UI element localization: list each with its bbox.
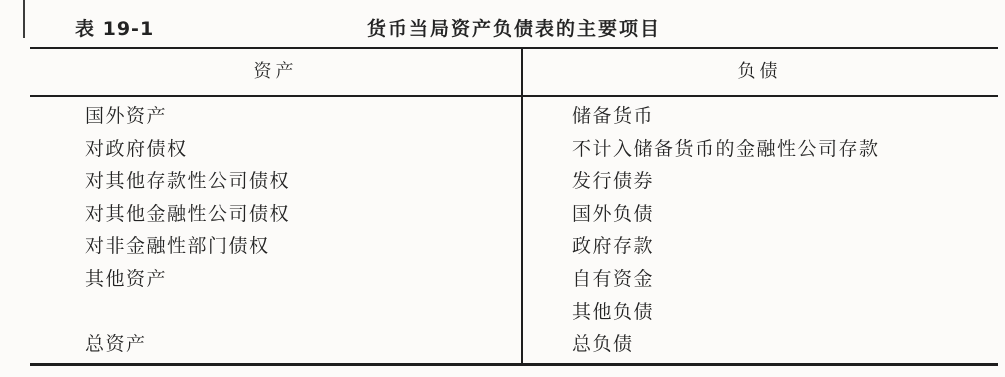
scanned-document-page: 表 19-1 货币当局资产负债表的主要项目 资产 负债 国外资产 储备货币 对政…: [0, 0, 1005, 377]
page-edge-scan-mark: [23, 0, 25, 38]
table-title: 货币当局资产负债表的主要项目: [30, 16, 998, 42]
table-row: 对非金融性部门债权 政府存款: [30, 230, 998, 263]
table-header-rule: [30, 95, 998, 97]
liability-item: 不计入储备货币的金融性公司存款: [521, 133, 998, 166]
liability-item: 其他负债: [521, 296, 998, 329]
table-bottom-rule: [30, 363, 998, 366]
asset-item: 国外资产: [30, 100, 521, 133]
table-body: 国外资产 储备货币 对政府债权 不计入储备货币的金融性公司存款 对其他存款性公司…: [30, 100, 998, 361]
asset-item-empty: [30, 296, 521, 329]
liability-item: 自有资金: [521, 263, 998, 296]
liability-item: 储备货币: [521, 100, 998, 133]
asset-item: 对其他存款性公司债权: [30, 165, 521, 198]
asset-item: 其他资产: [30, 263, 521, 296]
table-row: 对其他金融性公司债权 国外负债: [30, 198, 998, 231]
asset-item: 对政府债权: [30, 133, 521, 166]
table-row: 国外资产 储备货币: [30, 100, 998, 133]
liability-item: 发行债券: [521, 165, 998, 198]
table-row: 对政府债权 不计入储备货币的金融性公司存款: [30, 133, 998, 166]
table-row: 对其他存款性公司债权 发行债券: [30, 165, 998, 198]
asset-item: 对非金融性部门债权: [30, 230, 521, 263]
table-caption: 表 19-1 货币当局资产负债表的主要项目: [30, 16, 998, 42]
table-row: 总资产 总负债: [30, 328, 998, 361]
column-header-liabilities: 负债: [521, 49, 998, 95]
asset-item: 对其他金融性公司债权: [30, 198, 521, 231]
liability-total: 总负债: [521, 328, 998, 361]
liability-item: 国外负债: [521, 198, 998, 231]
table-row: 其他资产 自有资金: [30, 263, 998, 296]
liability-item: 政府存款: [521, 230, 998, 263]
asset-total: 总资产: [30, 328, 521, 361]
column-header-assets: 资产: [30, 49, 521, 95]
table-row: 其他负债: [30, 296, 998, 329]
table-header-row: 资产 负债: [30, 49, 998, 95]
